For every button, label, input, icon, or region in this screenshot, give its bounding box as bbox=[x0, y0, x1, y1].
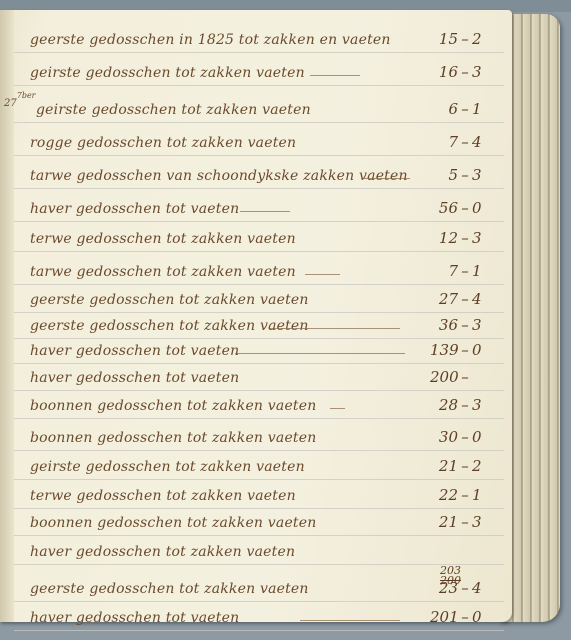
amount-separator: – bbox=[458, 396, 472, 414]
entry-amount: 200– bbox=[430, 368, 500, 386]
entry-description: terwe gedosschen tot zakken vaeten bbox=[30, 488, 296, 504]
entry-description: haver gedosschen tot zakken vaeten bbox=[30, 544, 295, 560]
amount-separator: – bbox=[458, 63, 472, 81]
entry-amount: 30–0 bbox=[430, 428, 500, 446]
amount-sub: 3 bbox=[472, 229, 490, 247]
ledger-row: geerste gedosschen in 1825 tot zakken en… bbox=[0, 24, 512, 54]
entry-description: tarwe gedosschen van schoondykske zakken… bbox=[30, 168, 408, 184]
filler-dash bbox=[305, 274, 340, 275]
amount-separator: – bbox=[458, 100, 472, 118]
entry-amount: 21–3 bbox=[430, 513, 500, 531]
amount-sub: 3 bbox=[472, 316, 490, 334]
amount-sub: 0 bbox=[472, 341, 490, 359]
amount-main: 12 bbox=[430, 229, 458, 247]
entry-amount: 36–3 bbox=[430, 316, 500, 334]
amount-separator: – bbox=[458, 513, 472, 531]
ledger-row: haver gedosschen tot vaeten200– bbox=[0, 362, 512, 392]
amount-separator: – bbox=[458, 262, 472, 280]
amount-sub: 2 bbox=[472, 30, 490, 48]
entry-amount: 56–0 bbox=[430, 199, 500, 217]
amount-sub: 0 bbox=[472, 199, 490, 217]
amount-main: 28 bbox=[430, 396, 458, 414]
entry-description: haver gedosschen tot vaeten bbox=[30, 610, 239, 626]
amount-sub: 4 bbox=[472, 290, 490, 308]
amount-main: 36 bbox=[430, 316, 458, 334]
ledger-row: geerste gedosschen tot zakken vaeten23–4 bbox=[0, 573, 512, 603]
ledger-row: boonnen gedosschen tot zakken vaeten28–3 bbox=[0, 390, 512, 420]
amount-sub: 3 bbox=[472, 63, 490, 81]
entry-description: rogge gedosschen tot zakken vaeten bbox=[30, 135, 296, 151]
ledger-row: terwe gedosschen tot zakken vaeten12–3 bbox=[0, 223, 512, 253]
amount-main: 139 bbox=[430, 341, 458, 359]
amount-separator: – bbox=[458, 290, 472, 308]
amount-separator: – bbox=[458, 166, 472, 184]
amount-main: 201 bbox=[430, 608, 458, 626]
amount-separator: – bbox=[458, 608, 472, 626]
entry-amount: 28–3 bbox=[430, 396, 500, 414]
amount-sub: 1 bbox=[472, 486, 490, 504]
amount-sub: 4 bbox=[472, 579, 490, 597]
ledger-row: tarwe gedosschen tot zakken vaeten7–1 bbox=[0, 256, 512, 286]
entry-amount: 21–2 bbox=[430, 457, 500, 475]
filler-dash bbox=[240, 211, 290, 212]
amount-main: 16 bbox=[430, 63, 458, 81]
ledger-row: rogge gedosschen tot zakken vaeten7–4 bbox=[0, 127, 512, 157]
entry-description: haver gedosschen tot vaeten bbox=[30, 343, 239, 359]
ledger-row: tarwe gedosschen van schoondykske zakken… bbox=[0, 160, 512, 190]
amount-sub: 3 bbox=[472, 396, 490, 414]
filler-dash bbox=[300, 620, 400, 621]
entry-amount: 139–0 bbox=[430, 341, 500, 359]
amount-separator: – bbox=[458, 486, 472, 504]
filler-dash bbox=[270, 328, 400, 329]
ledger-row: haver gedosschen tot vaeten139–0 bbox=[0, 335, 512, 365]
amount-separator: – bbox=[458, 316, 472, 334]
amount-sub: 0 bbox=[472, 608, 490, 626]
amount-main: 56 bbox=[430, 199, 458, 217]
ledger-row: haver gedosschen tot vaeten56–0 bbox=[0, 193, 512, 223]
entry-amount: 16–3 bbox=[430, 63, 500, 81]
ledger-row: geirste gedosschen tot zakken vaeten6–1 bbox=[0, 94, 512, 124]
correction-note: 203 200 bbox=[440, 566, 461, 586]
amount-main: 6 bbox=[430, 100, 458, 118]
amount-main: 15 bbox=[430, 30, 458, 48]
entry-description: haver gedosschen tot vaeten bbox=[30, 201, 239, 217]
entry-amount: 27–4 bbox=[430, 290, 500, 308]
entry-description: geerste gedosschen tot zakken vaeten bbox=[30, 581, 309, 597]
amount-main: 30 bbox=[430, 428, 458, 446]
ledger-row: geirste gedosschen tot zakken vaeten16–3 bbox=[0, 57, 512, 87]
entry-description: geerste gedosschen tot zakken vaeten bbox=[30, 292, 309, 308]
filler-dash bbox=[362, 178, 410, 179]
ledger-row: haver gedosschen tot zakken vaeten bbox=[0, 536, 512, 566]
entry-description: boonnen gedosschen tot zakken vaeten bbox=[30, 430, 316, 446]
filler-dash bbox=[330, 408, 345, 409]
ledger-page: 277ber geerste gedosschen in 1825 tot za… bbox=[0, 10, 512, 622]
entry-description: terwe gedosschen tot zakken vaeten bbox=[30, 231, 296, 247]
amount-separator: – bbox=[458, 199, 472, 217]
entry-description: geerste gedosschen tot zakken vaeten bbox=[30, 318, 309, 334]
amount-separator: – bbox=[458, 341, 472, 359]
entry-description: geerste gedosschen in 1825 tot zakken en… bbox=[30, 32, 391, 48]
amount-main: 21 bbox=[430, 457, 458, 475]
amount-separator: – bbox=[458, 457, 472, 475]
filler-dash bbox=[235, 353, 405, 354]
amount-sub: 3 bbox=[472, 166, 490, 184]
entry-amount: 15–2 bbox=[430, 30, 500, 48]
amount-main: 22 bbox=[430, 486, 458, 504]
entry-amount: 12–3 bbox=[430, 229, 500, 247]
ledger-row: haver gedosschen tot vaeten201–0 bbox=[0, 602, 512, 632]
amount-sub: 1 bbox=[472, 262, 490, 280]
amount-sub: 3 bbox=[472, 513, 490, 531]
amount-main: 7 bbox=[430, 133, 458, 151]
entry-description: geirste gedosschen tot zakken vaeten bbox=[30, 65, 305, 81]
amount-main: 7 bbox=[430, 262, 458, 280]
amount-sub: 2 bbox=[472, 457, 490, 475]
amount-main: 21 bbox=[430, 513, 458, 531]
ledger-row: terwe gedosschen tot zakken vaeten22–1 bbox=[0, 480, 512, 510]
filler-dash bbox=[310, 75, 360, 76]
amount-separator: – bbox=[458, 368, 472, 386]
amount-separator: – bbox=[458, 428, 472, 446]
entry-description: boonnen gedosschen tot zakken vaeten bbox=[30, 515, 316, 531]
entry-description: geirste gedosschen tot zakken vaeten bbox=[36, 102, 311, 118]
amount-separator: – bbox=[458, 133, 472, 151]
entry-amount: 201–0 bbox=[430, 608, 500, 626]
struck-amount: 200 bbox=[440, 576, 461, 586]
entry-description: tarwe gedosschen tot zakken vaeten bbox=[30, 264, 296, 280]
amount-sub: 4 bbox=[472, 133, 490, 151]
entry-amount: 22–1 bbox=[430, 486, 500, 504]
amount-sub: 0 bbox=[472, 428, 490, 446]
entry-amount: 6–1 bbox=[430, 100, 500, 118]
amount-main: 200 bbox=[430, 368, 458, 386]
ledger-row: geirste gedosschen tot zakken vaeten21–2 bbox=[0, 451, 512, 481]
amount-separator: – bbox=[458, 229, 472, 247]
ledger-row: boonnen gedosschen tot zakken vaeten21–3 bbox=[0, 507, 512, 537]
entry-amount: 7–1 bbox=[430, 262, 500, 280]
amount-main: 27 bbox=[430, 290, 458, 308]
entry-description: haver gedosschen tot vaeten bbox=[30, 370, 239, 386]
entry-description: geirste gedosschen tot zakken vaeten bbox=[30, 459, 305, 475]
amount-separator: – bbox=[458, 30, 472, 48]
amount-sub: 1 bbox=[472, 100, 490, 118]
entry-amount: 5–3 bbox=[430, 166, 500, 184]
ledger-row: boonnen gedosschen tot zakken vaeten30–0 bbox=[0, 422, 512, 452]
entry-amount: 7–4 bbox=[430, 133, 500, 151]
amount-main: 5 bbox=[430, 166, 458, 184]
entry-description: boonnen gedosschen tot zakken vaeten bbox=[30, 398, 316, 414]
